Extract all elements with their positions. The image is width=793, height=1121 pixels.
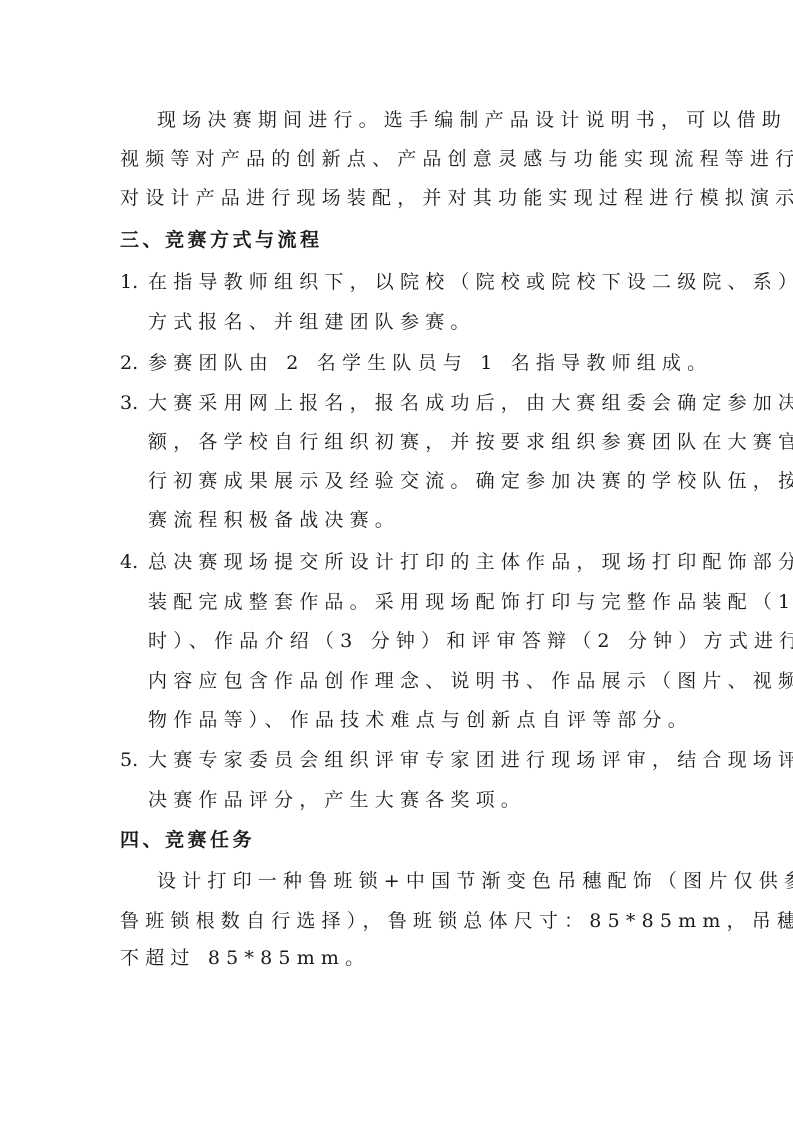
- list-item-line: 赛流程积极备战决赛。: [148, 507, 400, 533]
- section-heading-4: 四、竞赛任务: [120, 827, 255, 853]
- list-item-line: 参赛团队由 2 名学生队员与 1 名指导教师组成。: [148, 350, 712, 376]
- list-number: 5.: [120, 747, 138, 773]
- list-item-line: 装配完成整套作品。采用现场配饰打印与完整作品装配（1.5 小: [148, 589, 793, 615]
- list-item-line: 大赛采用网上报名，报名成功后，由大赛组委会确定参加决赛名: [148, 390, 793, 416]
- paragraph-line: 设计打印一种鲁班锁+中国节渐变色吊穗配饰（图片仅供参考，: [157, 868, 793, 894]
- list-item-line: 时）、作品介绍（3 分钟）和评审答辩（2 分钟）方式进行。答辩: [148, 628, 793, 654]
- paragraph-line: 视频等对产品的创新点、产品创意灵感与功能实现流程等进行介绍，: [120, 146, 793, 172]
- list-item-line: 方式报名、并组建团队参赛。: [148, 309, 476, 335]
- paragraph-line: 现场决赛期间进行。选手编制产品设计说明书，可以借助 PPT 与: [157, 107, 793, 133]
- list-item-line: 决赛作品评分，产生大赛各奖项。: [148, 787, 526, 813]
- list-item-line: 总决赛现场提交所设计打印的主体作品，现场打印配饰部分并且: [148, 549, 793, 575]
- list-number: 1.: [120, 269, 138, 295]
- list-item-line: 大赛专家委员会组织评审专家团进行现场评审，结合现场评分与: [148, 747, 793, 773]
- list-number: 3.: [120, 390, 138, 416]
- section-heading-3: 三、竞赛方式与流程: [120, 227, 323, 253]
- list-item-line: 行初赛成果展示及经验交流。确定参加决赛的学校队伍，按照决: [148, 468, 793, 494]
- list-number: 4.: [120, 549, 138, 575]
- paragraph-line: 对设计产品进行现场装配，并对其功能实现过程进行模拟演示。: [120, 185, 793, 211]
- list-item-line: 额，各学校自行组织初赛，并按要求组织参赛团队在大赛官网进: [148, 429, 793, 455]
- list-item-line: 在指导教师组织下，以院校（院校或院校下设二级院、系）团体: [148, 269, 793, 295]
- list-item-line: 内容应包含作品创作理念、说明书、作品展示（图片、视频、实: [148, 668, 793, 694]
- list-item-line: 物作品等）、作品技术难点与创新点自评等部分。: [148, 707, 693, 733]
- list-number: 2.: [120, 350, 138, 376]
- paragraph-line: 不超过 85*85mm。: [120, 945, 370, 971]
- paragraph-line: 鲁班锁根数自行选择），鲁班锁总体尺寸：85*85mm，吊穗配饰尺寸: [120, 908, 793, 934]
